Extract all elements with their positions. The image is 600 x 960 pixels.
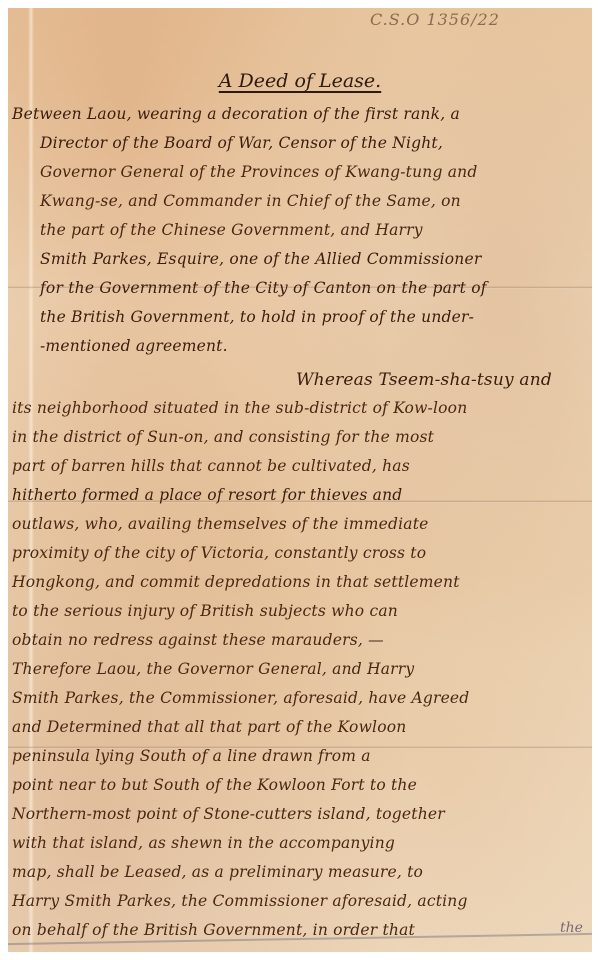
document-title: A Deed of Lease. — [219, 70, 381, 92]
text-line: the part of the Chinese Government, and … — [40, 221, 423, 239]
text-line: map, shall be Leased, as a preliminary m… — [12, 863, 423, 881]
text-line: Smith Parkes, Esquire, one of the Allied… — [40, 250, 481, 268]
text-line: the British Government, to hold in proof… — [40, 308, 474, 326]
text-line: obtain no redress against these marauder… — [12, 631, 384, 649]
text-line: for the Government of the City of Canton… — [40, 279, 487, 297]
text-line: proximity of the city of Victoria, const… — [12, 544, 426, 562]
text-line: Kwang-se, and Commander in Chief of the … — [40, 192, 461, 210]
text-line: Smith Parkes, the Commissioner, aforesai… — [12, 689, 469, 707]
text-line: on behalf of the British Government, in … — [12, 921, 415, 939]
text-line: with that island, as shewn in the accomp… — [12, 834, 395, 852]
reference-number: C.S.O 1356/22 — [370, 10, 500, 29]
text-line: point near to but South of the Kowloon F… — [12, 776, 417, 794]
text-line: hitherto formed a place of resort for th… — [12, 486, 402, 504]
text-line: to the serious injury of British subject… — [12, 602, 398, 620]
text-line: Governor General of the Provinces of Kwa… — [40, 163, 477, 181]
text-line: peninsula lying South of a line drawn fr… — [12, 747, 371, 765]
text-line: and Determined that all that part of the… — [12, 718, 406, 736]
text-line: Whereas Tseem-sha-tsuy and — [296, 370, 552, 390]
text-line: part of barren hills that cannot be cult… — [12, 457, 410, 475]
catchword: the — [560, 920, 583, 936]
text-line: Harry Smith Parkes, the Commissioner afo… — [12, 892, 468, 910]
text-line: Between Laou, wearing a decoration of th… — [12, 105, 460, 123]
document-page: C.S.O 1356/22 A Deed of Lease. Between L… — [8, 8, 592, 952]
text-line: Director of the Board of War, Censor of … — [40, 134, 443, 152]
text-line: Hongkong, and commit depredations in tha… — [12, 573, 460, 591]
text-line: Therefore Laou, the Governor General, an… — [12, 660, 414, 678]
text-line: outlaws, who, availing themselves of the… — [12, 515, 429, 533]
text-line: its neighborhood situated in the sub-dis… — [12, 399, 467, 417]
document-title-wrapper: A Deed of Lease. — [8, 70, 592, 92]
text-line: Northern-most point of Stone-cutters isl… — [12, 805, 445, 823]
text-line: in the district of Sun-on, and consistin… — [12, 428, 434, 446]
text-line: -mentioned agreement. — [40, 337, 228, 355]
